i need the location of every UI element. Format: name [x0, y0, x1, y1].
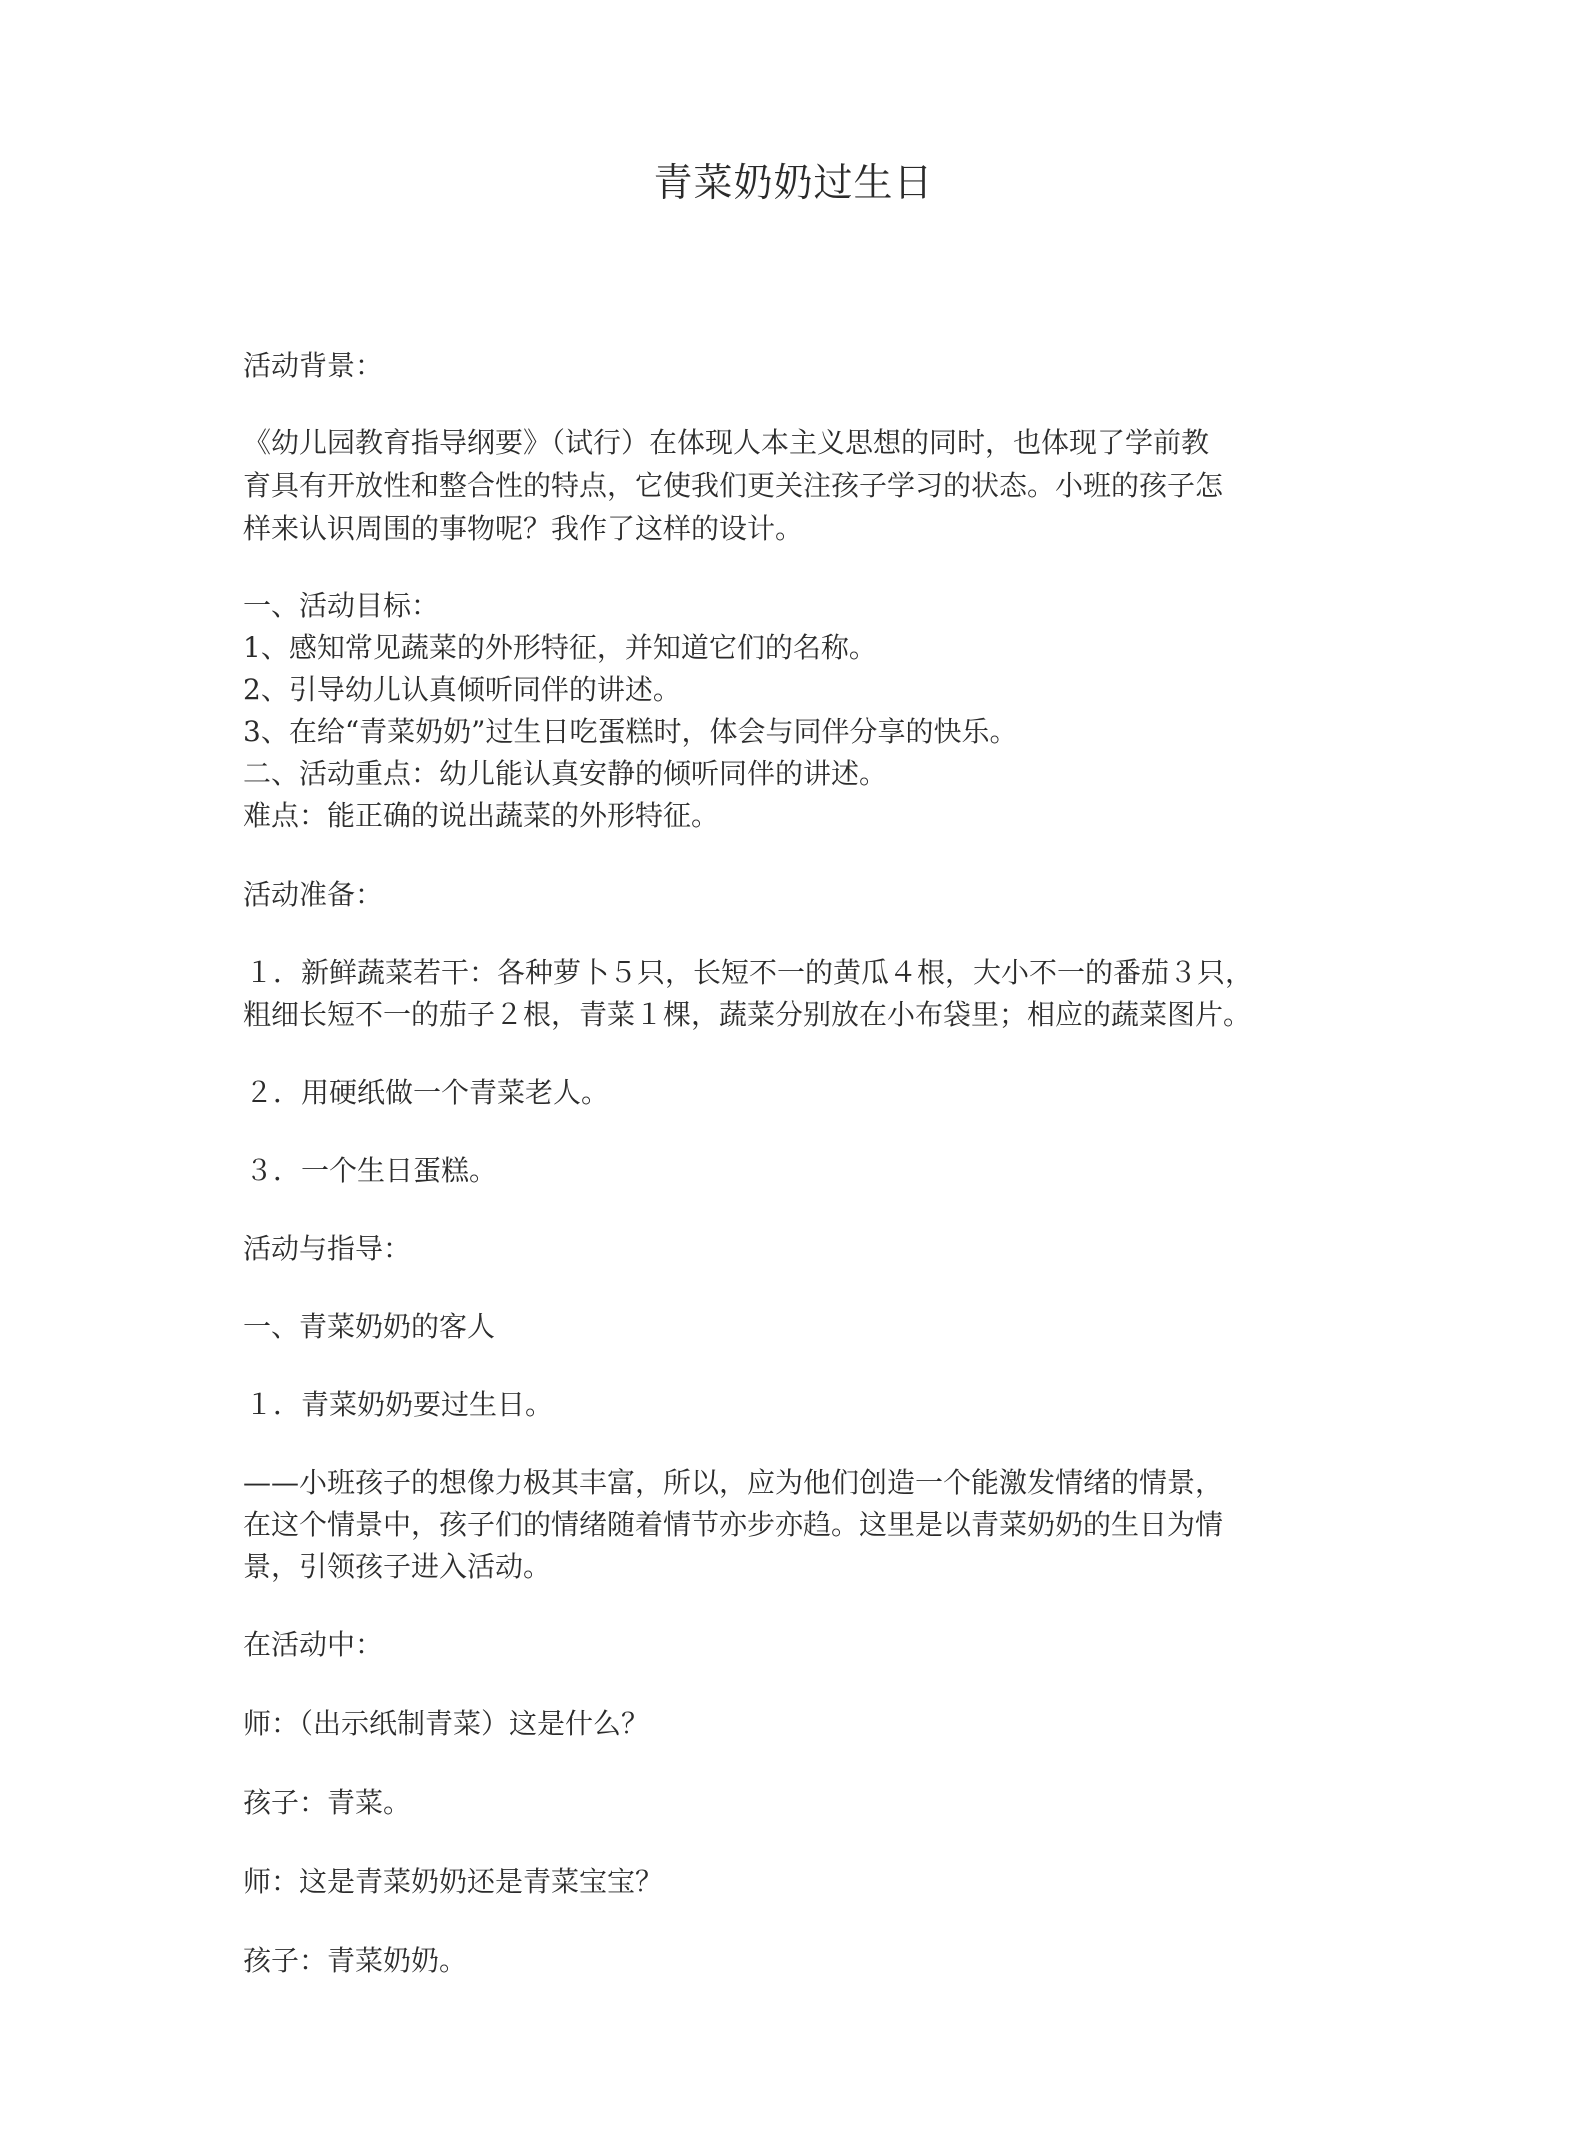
background-heading: 活动背景： — [243, 345, 383, 387]
document-page: 青菜奶奶过生日 活动背景： 《幼儿园教育指导纲要》（试行）在体现人本主义思想的同… — [0, 0, 1587, 2133]
preparation-item-line: ２．用硬纸做一个青菜老人。 — [245, 1072, 609, 1114]
part1-step: １．青菜奶奶要过生日。 — [245, 1384, 553, 1426]
preparation-item-line: ３．一个生日蛋糕。 — [245, 1150, 497, 1192]
dialogue-line: 孩子：青菜。 — [243, 1782, 411, 1824]
goal-item: 2、引导幼儿认真倾听同伴的讲述。 — [243, 669, 681, 711]
commentary-line: 在这个情景中，孩子们的情绪随着情节亦步亦趋。这里是以青菜奶奶的生日为情 — [243, 1504, 1223, 1546]
key-point: 二、活动重点：幼儿能认真安静的倾听同伴的讲述。 — [243, 753, 887, 795]
dialogue-line: 孩子：青菜奶奶。 — [243, 1940, 467, 1982]
commentary-line: ——小班孩子的想像力极其丰富，所以，应为他们创造一个能激发情绪的情景， — [243, 1462, 1223, 1504]
background-paragraph-line: 样来认识周围的事物呢？我作了这样的设计。 — [243, 508, 803, 550]
document-title: 青菜奶奶过生日 — [0, 152, 1587, 208]
part1-heading: 一、青菜奶奶的客人 — [243, 1306, 495, 1348]
background-paragraph-line: 育具有开放性和整合性的特点，它使我们更关注孩子学习的状态。小班的孩子怎 — [243, 465, 1223, 507]
preparation-heading: 活动准备： — [243, 874, 383, 916]
dialogue-line: 师：这是青菜奶奶还是青菜宝宝？ — [243, 1861, 663, 1903]
background-paragraph-line: 《幼儿园教育指导纲要》（试行）在体现人本主义思想的同时，也体现了学前教 — [243, 422, 1209, 464]
in-activity-label: 在活动中： — [243, 1624, 383, 1666]
preparation-item-line: １．新鲜蔬菜若干：各种萝卜５只，长短不一的黄瓜４根，大小不一的番茄３只， — [245, 952, 1253, 994]
preparation-item-line: 粗细长短不一的茄子２根，青菜１棵，蔬菜分别放在小布袋里；相应的蔬菜图片。 — [243, 994, 1251, 1036]
guidance-heading: 活动与指导： — [243, 1228, 411, 1270]
goals-heading: 一、活动目标： — [243, 585, 439, 627]
commentary-line: 景，引领孩子进入活动。 — [243, 1546, 551, 1588]
difficulty: 难点：能正确的说出蔬菜的外形特征。 — [243, 795, 719, 837]
goal-item: 3、在给“青菜奶奶”过生日吃蛋糕时，体会与同伴分享的快乐。 — [243, 711, 1017, 753]
goal-item: 1、感知常见蔬菜的外形特征，并知道它们的名称。 — [243, 627, 877, 669]
dialogue-line: 师：（出示纸制青菜）这是什么？ — [243, 1703, 649, 1745]
